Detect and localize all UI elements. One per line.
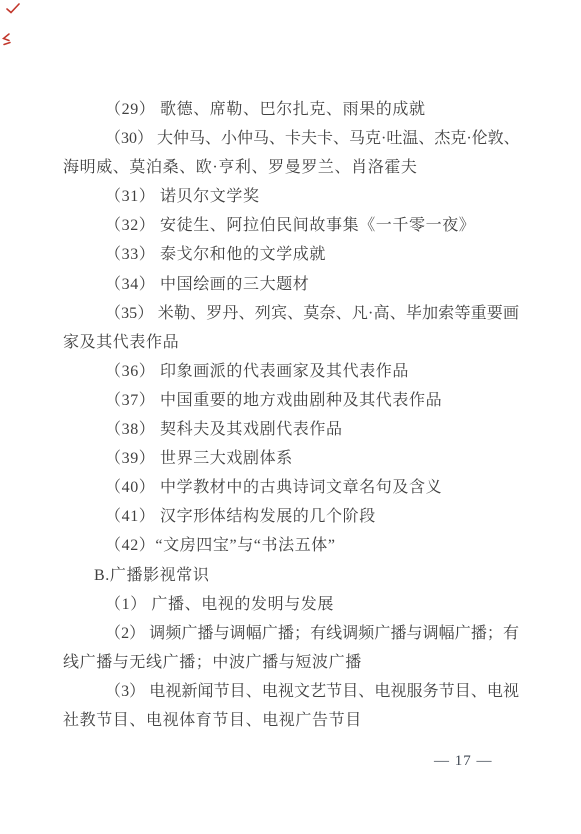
text-line: 家及其代表作品 bbox=[63, 328, 519, 357]
text-line: （29） 歌德、席勒、巴尔扎克、雨果的成就 bbox=[63, 95, 519, 124]
text-line: （1） 广播、电视的发明与发展 bbox=[63, 590, 519, 619]
text-line: （34） 中国绘画的三大题材 bbox=[63, 270, 519, 299]
section-heading: B.广播影视常识 bbox=[63, 561, 519, 590]
document-page: （29） 歌德、席勒、巴尔扎克、雨果的成就 （30） 大仲马、小仲马、卡夫卡、马… bbox=[0, 0, 581, 834]
text-line: （3） 电视新闻节目、电视文艺节目、电视服务节目、电视 bbox=[63, 677, 519, 706]
text-line: （33） 泰戈尔和他的文学成就 bbox=[63, 240, 519, 269]
text-line: （32） 安徒生、阿拉伯民间故事集《一千零一夜》 bbox=[63, 211, 519, 240]
text-line: 线广播与无线广播；中波广播与短波广播 bbox=[63, 648, 519, 677]
text-line: （37） 中国重要的地方戏曲剧种及其代表作品 bbox=[63, 386, 519, 415]
text-line: 海明威、莫泊桑、欧·亨利、罗曼罗兰、肖洛霍夫 bbox=[63, 153, 519, 182]
text-line: （2） 调频广播与调幅广播；有线调频广播与调幅广播；有 bbox=[63, 619, 519, 648]
text-line: （38） 契科夫及其戏剧代表作品 bbox=[63, 415, 519, 444]
text-line: （30） 大仲马、小仲马、卡夫卡、马克·吐温、杰克·伦敦、 bbox=[63, 124, 519, 153]
red-ink-mark-icon bbox=[6, 3, 20, 14]
red-ink-mark-icon bbox=[1, 33, 12, 46]
text-line: 社教节目、电视体育节目、电视广告节目 bbox=[63, 706, 519, 735]
text-line: （39） 世界三大戏剧体系 bbox=[63, 444, 519, 473]
text-line: （31） 诺贝尔文学奖 bbox=[63, 182, 519, 211]
text-line: （40） 中学教材中的古典诗词文章名句及含义 bbox=[63, 473, 519, 502]
text-line: （36） 印象画派的代表画家及其代表作品 bbox=[63, 357, 519, 386]
document-body: （29） 歌德、席勒、巴尔扎克、雨果的成就 （30） 大仲马、小仲马、卡夫卡、马… bbox=[63, 95, 519, 735]
text-line: （35） 米勒、罗丹、列宾、莫奈、凡·高、毕加索等重要画 bbox=[63, 299, 519, 328]
text-line: （42）“文房四宝”与“书法五体” bbox=[63, 531, 519, 560]
page-number: — 17 — bbox=[434, 752, 493, 770]
text-line: （41） 汉字形体结构发展的几个阶段 bbox=[63, 502, 519, 531]
